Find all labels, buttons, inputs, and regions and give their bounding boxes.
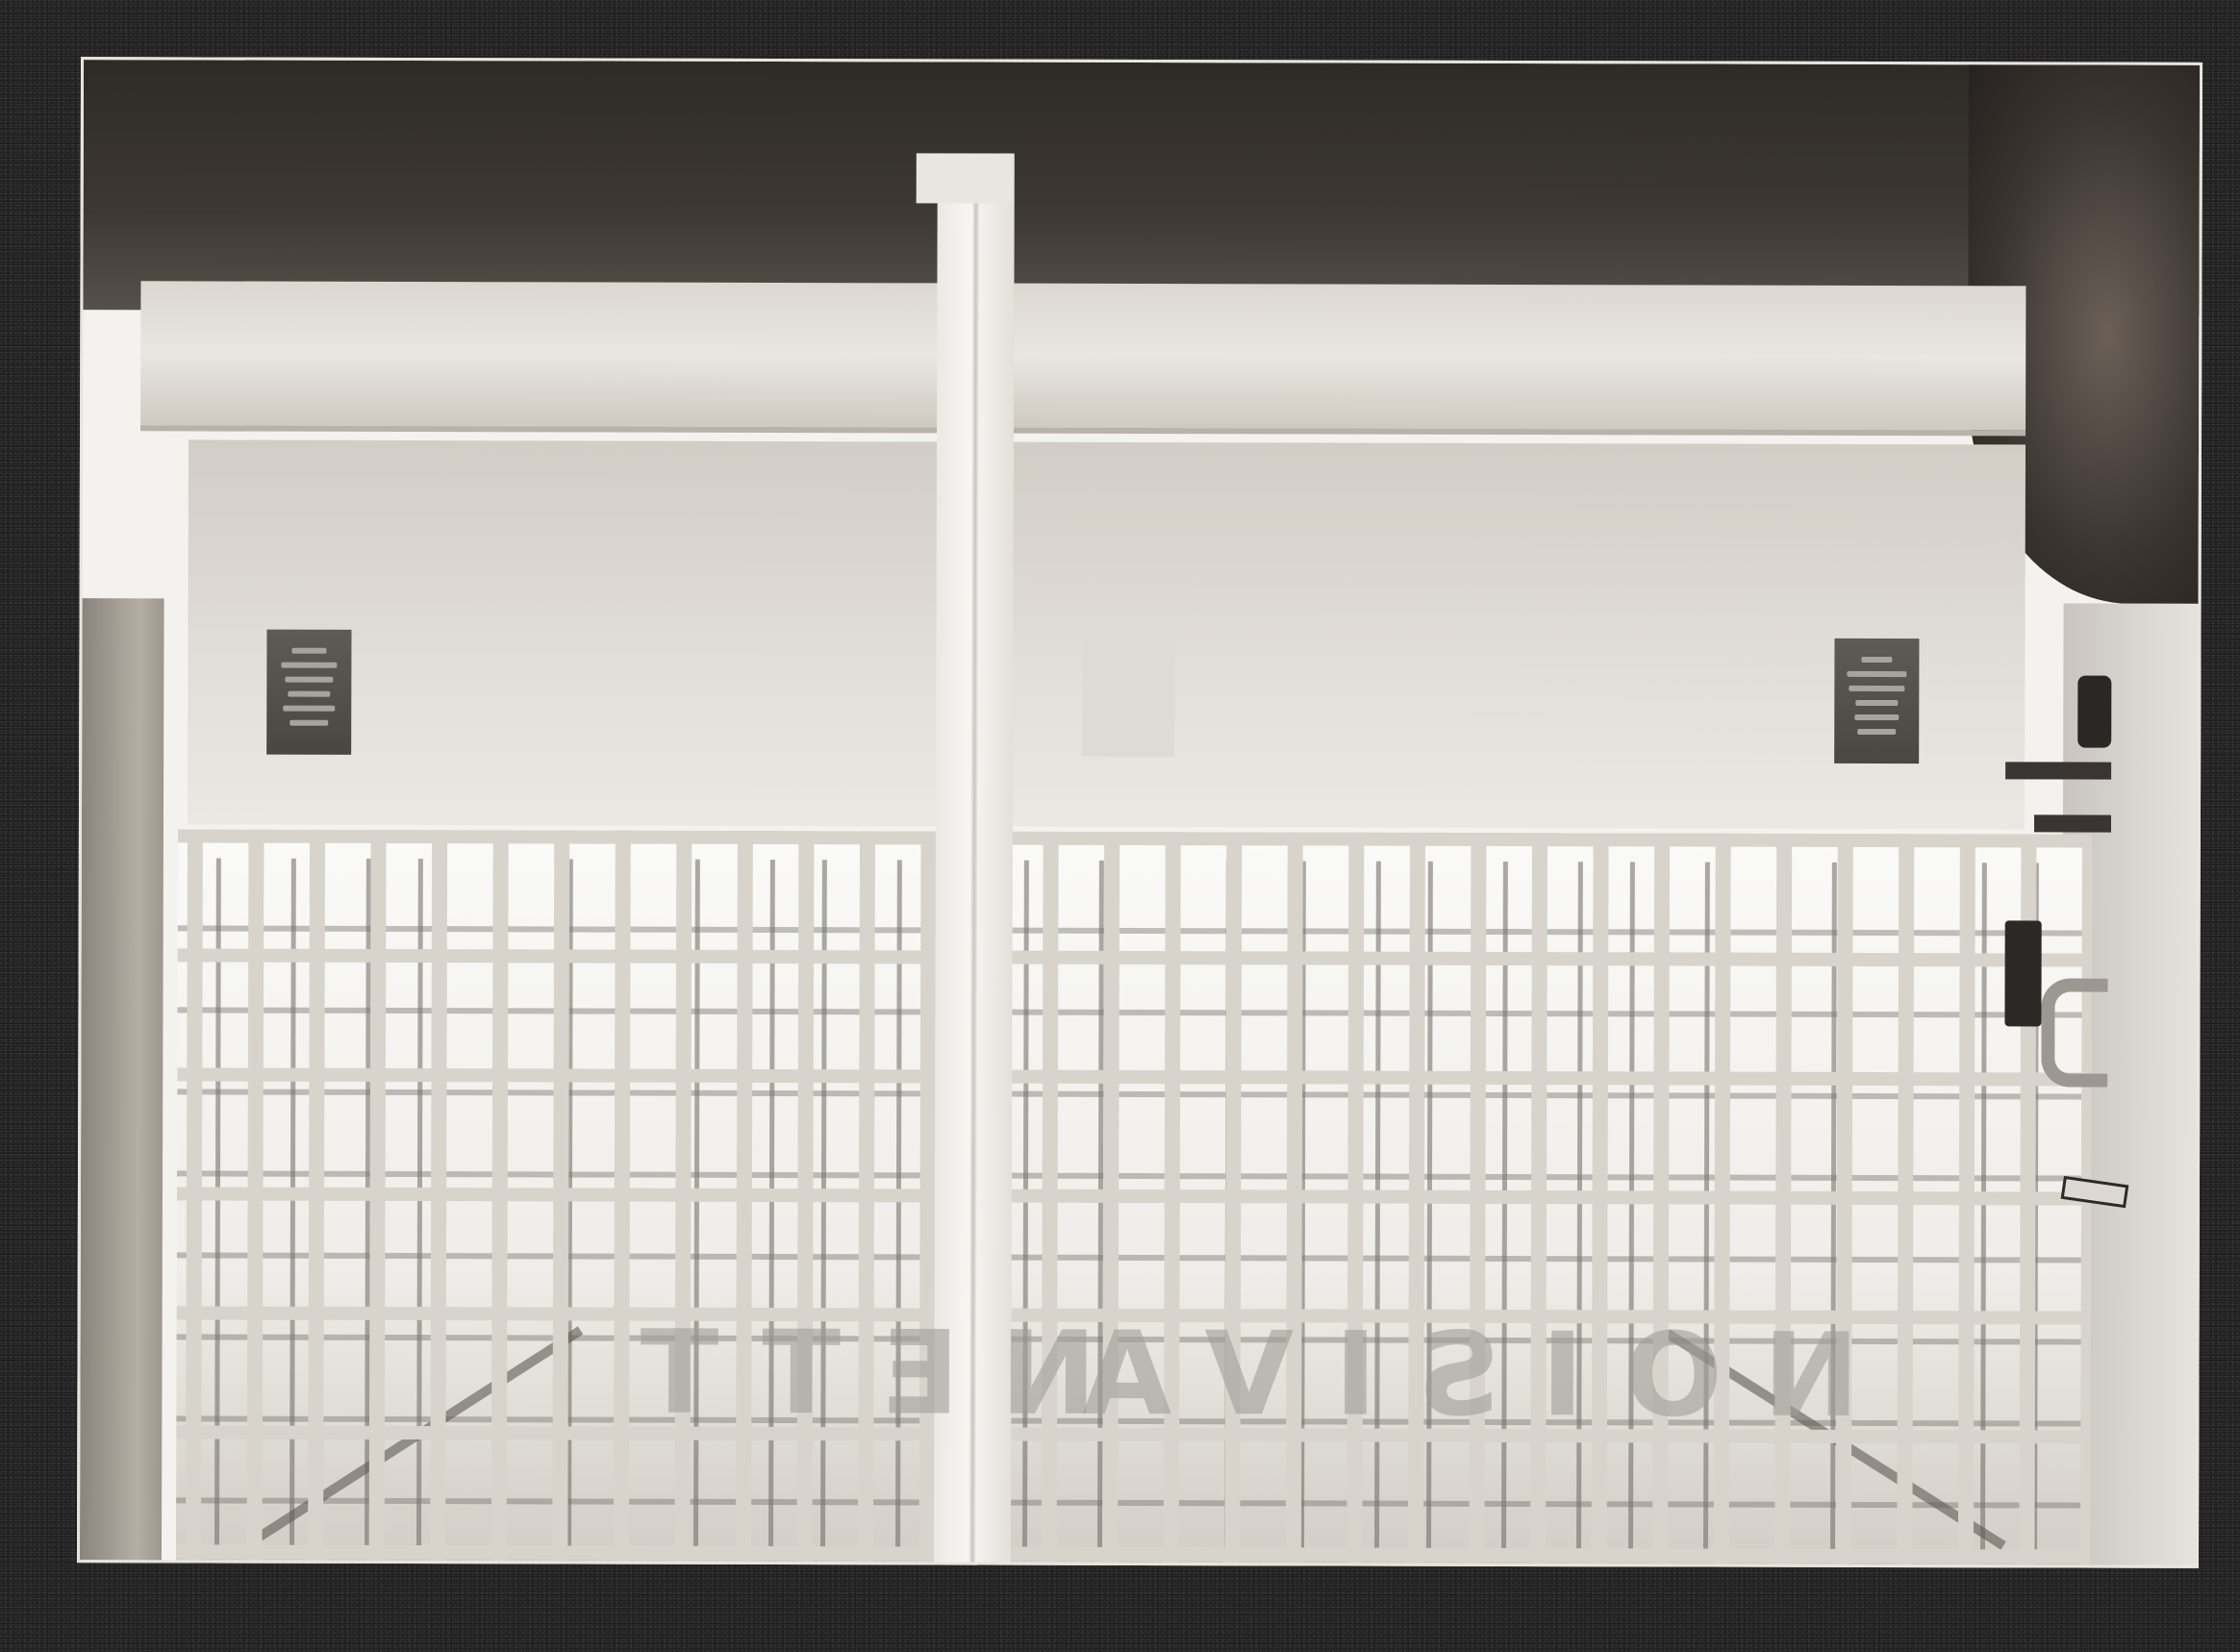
left-wall — [80, 598, 164, 1560]
sign-left — [266, 630, 351, 755]
ceiling — [83, 60, 2200, 315]
pipe — [2034, 814, 2111, 832]
sign-right — [1834, 638, 1919, 763]
background-scene — [176, 829, 2092, 1564]
wall-box — [2004, 920, 2041, 1026]
wall-pipes — [2004, 661, 2121, 1141]
wooden-beam — [140, 281, 2026, 436]
pipe-tank — [2077, 676, 2111, 748]
sign-center — [1082, 632, 1174, 757]
photo-print: NETT NOISIVA — [77, 57, 2202, 1568]
gate-grid — [176, 829, 2092, 1564]
gate-lettering-right: NOISIVA — [1042, 1308, 1859, 1443]
pipe — [2005, 762, 2111, 779]
gate-lettering-left: NETT — [599, 1307, 1096, 1441]
post-cap — [917, 153, 1013, 203]
pipe-hook — [2041, 978, 2107, 1087]
